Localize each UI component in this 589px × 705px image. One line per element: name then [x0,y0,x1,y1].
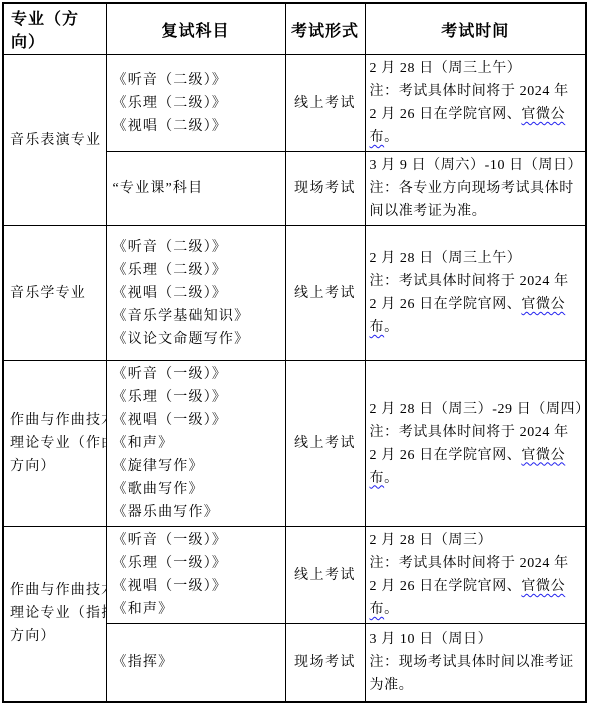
time-line: 注：考试具体时间将于 2024 年 [370,552,584,575]
subject-line: 《视唱（二级）》 [113,282,283,305]
subject-line: 《和声》 [113,432,283,455]
table-body: 音乐表演专业《听音（二级）》《乐理（二级）》《视唱（二级）》线上考试2 月 28… [3,55,586,702]
subjects-cell: 《听音（一级）》《乐理（一级）》《视唱（一级）》《和声》 [106,527,285,624]
time-line: 2 月 28 日（周三上午） [370,57,584,80]
major-line: 音乐表演专业 [10,129,104,152]
time-text: 。 [384,320,399,335]
format-cell: 现场考试 [285,624,365,702]
major-line: 方向） [10,625,104,648]
subject-line: 《议论文命题写作》 [113,328,283,351]
subjects-cell: “专业课”科目 [106,152,285,226]
time-line: 布。 [370,467,584,490]
subject-line: 《听音（二级）》 [113,69,283,92]
time-text: 。 [384,602,399,617]
wavy-underline-text: 官微公 [521,297,565,312]
table-row: 音乐学专业《听音（二级）》《乐理（二级）》《视唱（二级）》《音乐学基础知识》《议… [3,226,586,361]
major-cell: 作曲与作曲技术理论专业（作曲方向） [3,361,106,527]
subject-line: “专业课”科目 [113,177,283,200]
major-cell: 音乐表演专业 [3,55,106,226]
time-text: 注：现场考试具体时间以准考证 [370,655,574,670]
time-line: 布。 [370,126,584,149]
wavy-underline-text: 布 [370,320,385,335]
col-header-subjects: 复试科目 [106,3,285,55]
header-row: 专业（方向） 复试科目 考试形式 考试时间 [3,3,586,55]
time-line: 注：考试具体时间将于 2024 年 [370,80,584,103]
subject-line: 《器乐曲写作》 [113,501,283,524]
time-line: 2 月 26 日在学院官网、官微公 [370,575,584,598]
subject-line: 《乐理（一级）》 [113,386,283,409]
time-text: 2 月 26 日在学院官网、 [370,579,522,594]
subject-line: 《乐理（一级）》 [113,552,283,575]
time-cell: 2 月 28 日（周三）-29 日（周四）注：考试具体时间将于 2024 年2 … [365,361,586,527]
format-cell: 线上考试 [285,361,365,527]
subject-line: 《旋律写作》 [113,455,283,478]
subject-line: 《歌曲写作》 [113,478,283,501]
major-cell: 作曲与作曲技术理论专业（指挥方向） [3,527,106,702]
time-text: 注：考试具体时间将于 2024 年 [370,556,569,571]
subject-line: 《视唱（二级）》 [113,115,283,138]
time-cell: 2 月 28 日（周三上午）注：考试具体时间将于 2024 年2 月 26 日在… [365,226,586,361]
subjects-cell: 《听音（二级）》《乐理（二级）》《视唱（二级）》 [106,55,285,152]
time-cell: 2 月 28 日（周三）注：考试具体时间将于 2024 年2 月 26 日在学院… [365,527,586,624]
time-cell: 3 月 9 日（周六）-10 日（周日）注：各专业方向现场考试具体时间以准考证为… [365,152,586,226]
time-text: 2 月 28 日（周三） [370,533,493,548]
wavy-underline-text: 布 [370,130,385,145]
time-text: 2 月 26 日在学院官网、 [370,448,522,463]
subjects-cell: 《指挥》 [106,624,285,702]
wavy-underline-text: 官微公 [521,448,565,463]
time-text: 。 [384,130,399,145]
subject-line: 《视唱（一级）》 [113,575,283,598]
time-text: 2 月 28 日（周三上午） [370,251,522,266]
time-line: 2 月 28 日（周三） [370,529,584,552]
time-cell: 2 月 28 日（周三上午）注：考试具体时间将于 2024 年2 月 26 日在… [365,55,586,152]
time-text: 3 月 9 日（周六）-10 日（周日） [370,158,583,173]
time-text: 注：各专业方向现场考试具体时 [370,181,574,196]
time-text: 为准。 [370,678,414,693]
time-line: 注：现场考试具体时间以准考证 [370,651,584,674]
subject-line: 《听音（一级）》 [113,363,283,386]
format-cell: 线上考试 [285,527,365,624]
exam-schedule-table: 专业（方向） 复试科目 考试形式 考试时间 音乐表演专业《听音（二级）》《乐理（… [2,2,587,703]
major-line: 音乐学专业 [10,282,104,305]
major-line: 方向） [10,455,104,478]
time-text: 注：考试具体时间将于 2024 年 [370,84,569,99]
time-line: 注：考试具体时间将于 2024 年 [370,421,584,444]
subject-line: 《听音（一级）》 [113,529,283,552]
subjects-cell: 《听音（一级）》《乐理（一级）》《视唱（一级）》《和声》《旋律写作》《歌曲写作》… [106,361,285,527]
time-text: 2 月 26 日在学院官网、 [370,107,522,122]
time-text: 。 [384,471,399,486]
time-line: 注：各专业方向现场考试具体时 [370,177,584,200]
time-text: 2 月 28 日（周三）-29 日（周四） [370,402,587,417]
major-cell: 音乐学专业 [3,226,106,361]
major-line: 理论专业（作曲 [10,432,104,455]
time-line: 3 月 9 日（周六）-10 日（周日） [370,154,584,177]
time-text: 2 月 28 日（周三上午） [370,61,522,76]
table-row: 作曲与作曲技术理论专业（作曲方向）《听音（一级）》《乐理（一级）》《视唱（一级）… [3,361,586,527]
col-header-time: 考试时间 [365,3,586,55]
table-row: 作曲与作曲技术理论专业（指挥方向）《听音（一级）》《乐理（一级）》《视唱（一级）… [3,527,586,624]
time-line: 布。 [370,316,584,339]
wavy-underline-text: 布 [370,602,385,617]
time-line: 2 月 28 日（周三）-29 日（周四） [370,398,584,421]
subject-line: 《乐理（二级）》 [113,259,283,282]
wavy-underline-text: 官微公 [521,107,565,122]
subject-line: 《视唱（一级）》 [113,409,283,432]
time-line: 2 月 26 日在学院官网、官微公 [370,103,584,126]
table-row: 音乐表演专业《听音（二级）》《乐理（二级）》《视唱（二级）》线上考试2 月 28… [3,55,586,152]
col-header-major: 专业（方向） [3,3,106,55]
time-text: 间以准考证为准。 [370,204,487,219]
major-line: 作曲与作曲技术 [10,579,104,602]
format-cell: 现场考试 [285,152,365,226]
time-line: 布。 [370,598,584,621]
subject-line: 《听音（二级）》 [113,236,283,259]
time-line: 为准。 [370,674,584,697]
time-line: 2 月 28 日（周三上午） [370,247,584,270]
time-text: 注：考试具体时间将于 2024 年 [370,425,569,440]
time-line: 注：考试具体时间将于 2024 年 [370,270,584,293]
time-line: 2 月 26 日在学院官网、官微公 [370,444,584,467]
time-line: 2 月 26 日在学院官网、官微公 [370,293,584,316]
time-cell: 3 月 10 日（周日）注：现场考试具体时间以准考证为准。 [365,624,586,702]
subjects-cell: 《听音（二级）》《乐理（二级）》《视唱（二级）》《音乐学基础知识》《议论文命题写… [106,226,285,361]
subject-line: 《乐理（二级）》 [113,92,283,115]
wavy-underline-text: 官微公 [521,579,565,594]
col-header-format: 考试形式 [285,3,365,55]
format-cell: 线上考试 [285,55,365,152]
time-text: 3 月 10 日（周日） [370,632,493,647]
format-cell: 线上考试 [285,226,365,361]
time-line: 3 月 10 日（周日） [370,628,584,651]
subject-line: 《指挥》 [113,651,283,674]
major-line: 作曲与作曲技术 [10,409,104,432]
major-line: 理论专业（指挥 [10,602,104,625]
time-line: 间以准考证为准。 [370,200,584,223]
subject-line: 《和声》 [113,598,283,621]
wavy-underline-text: 布 [370,471,385,486]
subject-line: 《音乐学基础知识》 [113,305,283,328]
time-text: 2 月 26 日在学院官网、 [370,297,522,312]
time-text: 注：考试具体时间将于 2024 年 [370,274,569,289]
